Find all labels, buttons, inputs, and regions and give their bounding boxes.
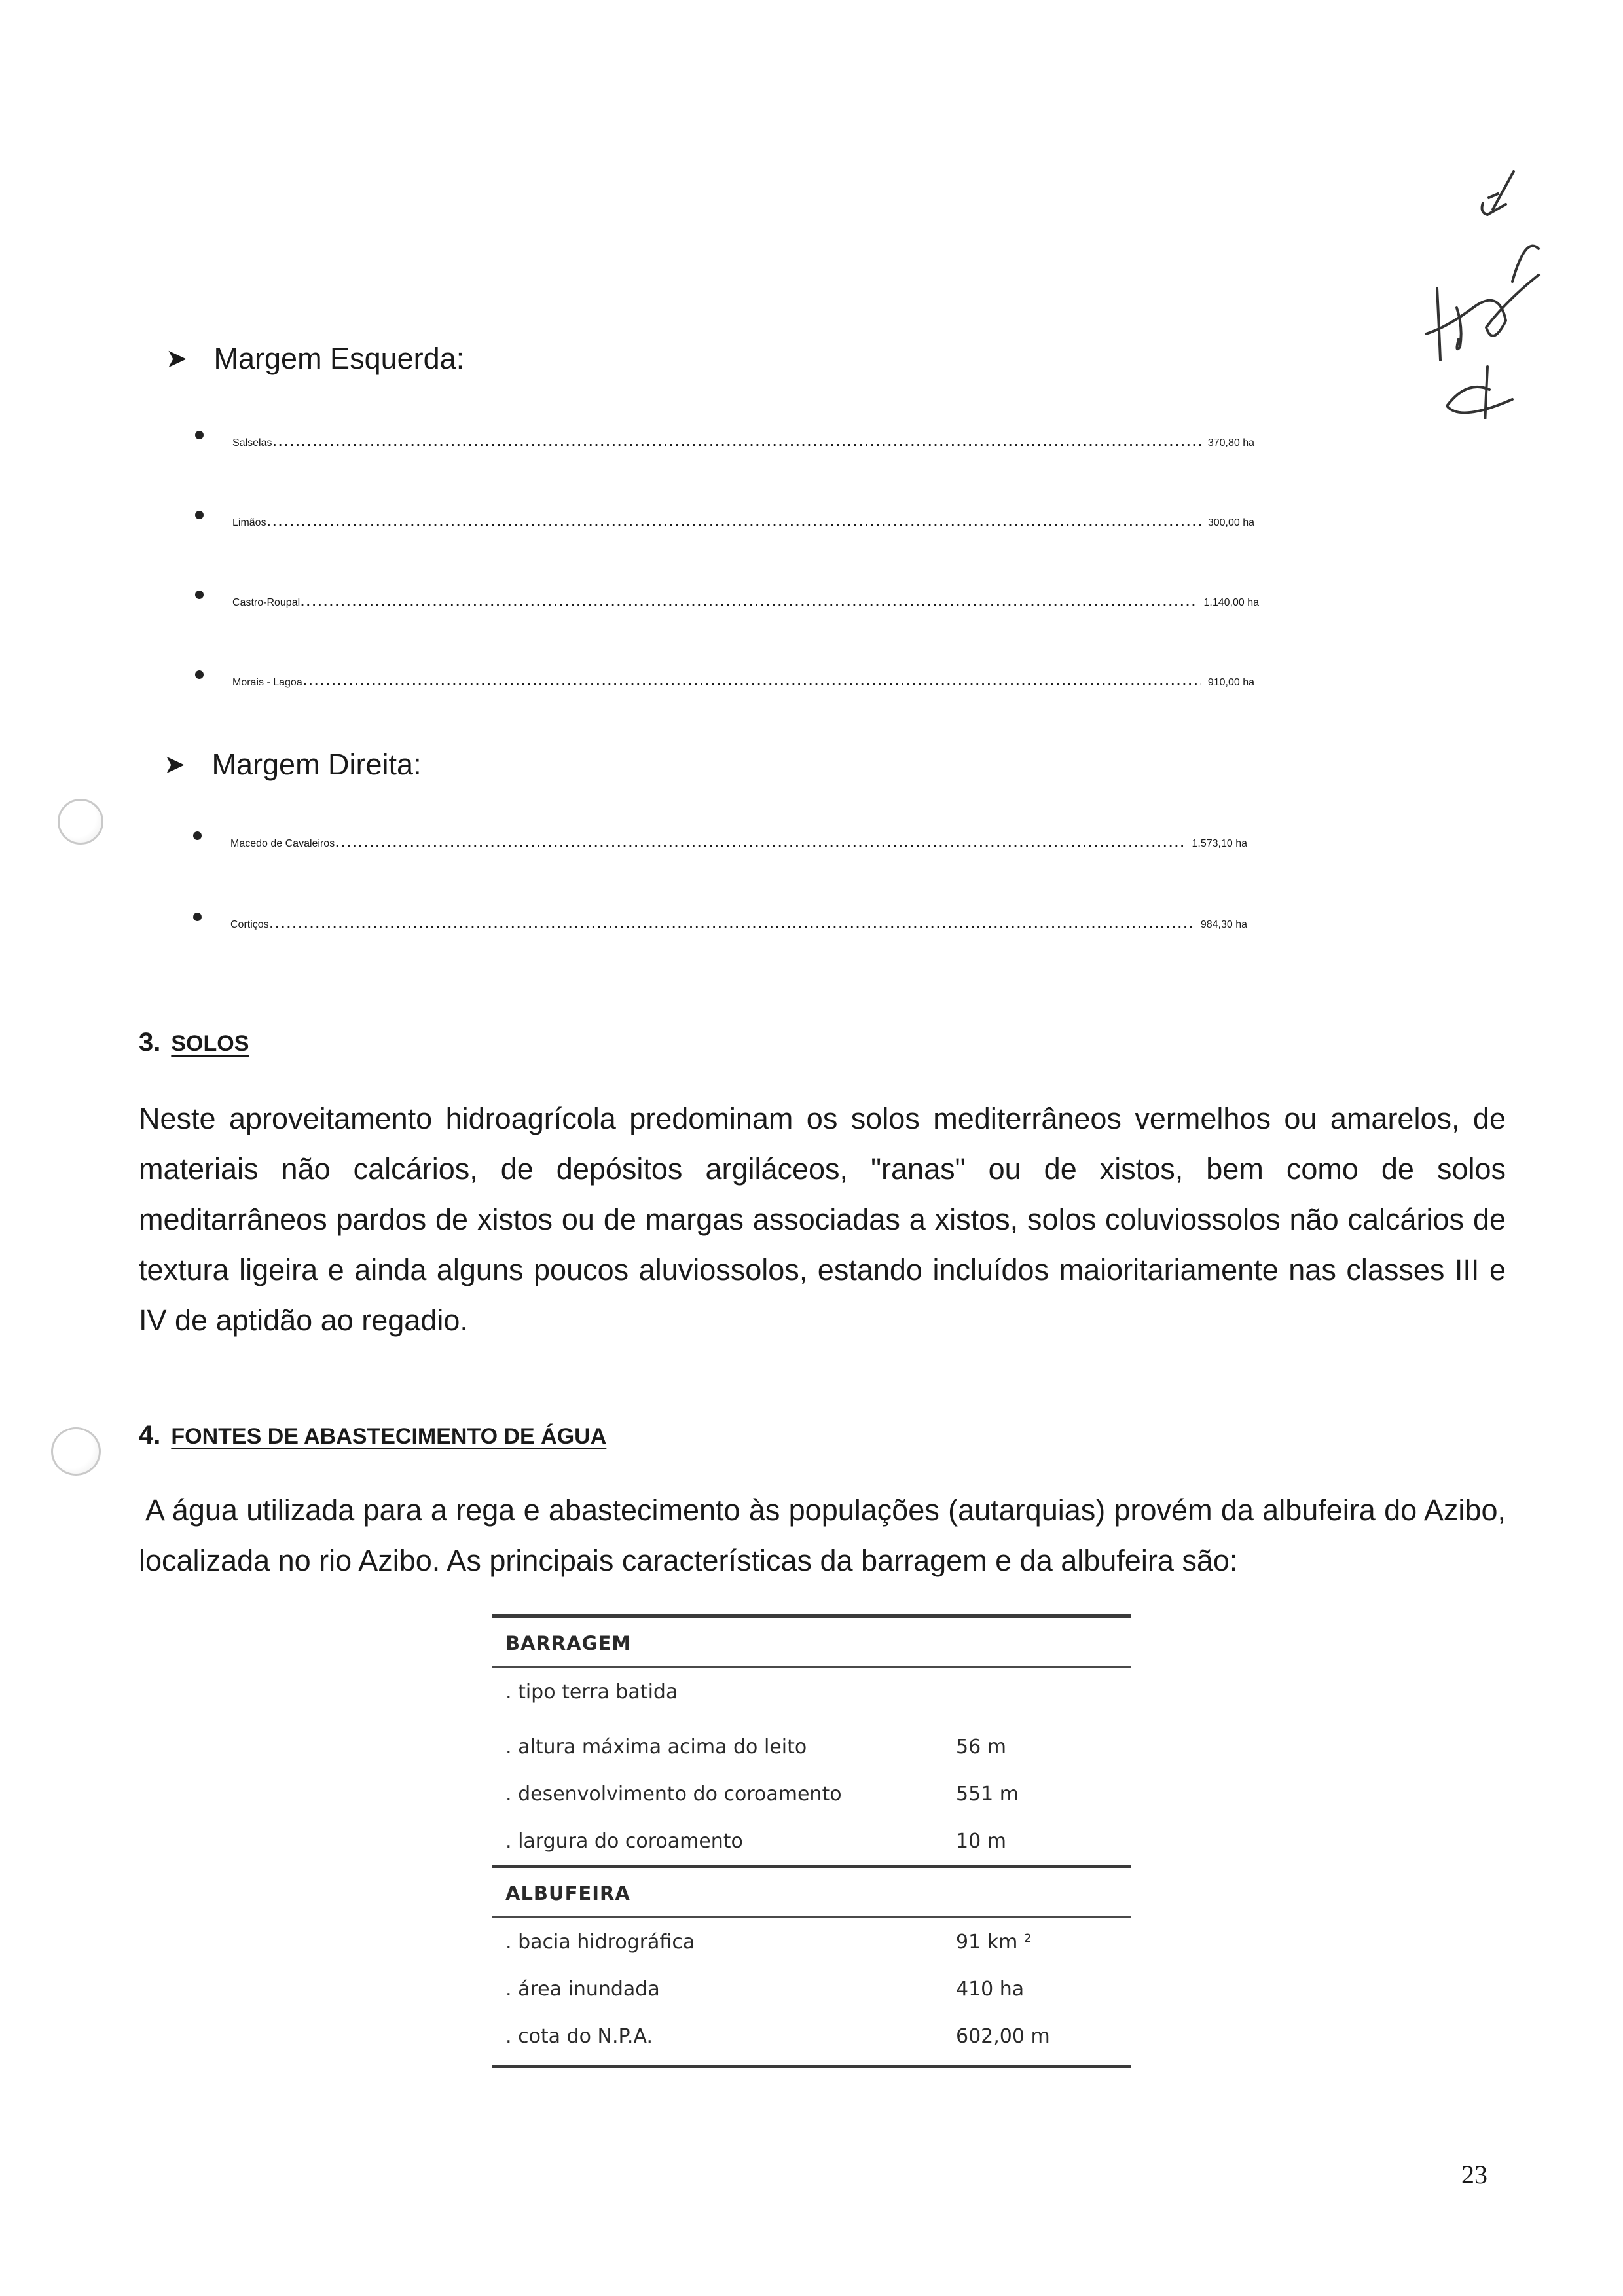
list-item: Limãos 300,00 ha [195,509,1254,530]
document-page: ➤ Margem Esquerda: Salselas 370,80 ha Li… [0,0,1623,2296]
margem-direita-heading: ➤ Margem Direita: [164,748,422,782]
margem-esquerda-heading: ➤ Margem Esquerda: [166,342,464,376]
list-item: Salselas 370,80 ha [195,429,1254,450]
list-item: Morais - Lagoa 910,00 ha [195,669,1254,690]
table-row: . área inundada 410 ha [492,1965,1131,2013]
leader-dots [335,830,1185,851]
leader-dots [272,429,1201,450]
leader-dots [302,669,1201,690]
arrow-bullet-icon: ➤ [166,344,188,374]
bullet-icon [195,511,204,519]
table-row: . altura máxima acima do leito 56 m [492,1723,1131,1770]
section-4-body: A água utilizada para a rega e abastecim… [139,1485,1506,1586]
bullet-icon [195,670,204,679]
punch-hole [58,799,103,845]
section-3-body: Neste aproveitamento hidroagrícola predo… [139,1093,1506,1345]
table-row: . largura do coroamento 10 m [492,1817,1131,1865]
section-3-heading: 3.SOLOS [139,1028,249,1057]
table-row: . cota do N.P.A. 602,00 m [492,2013,1131,2060]
leader-dots [300,589,1197,610]
leader-dots [266,509,1201,530]
dam-reservoir-table: BARRAGEM . tipo terra batida . altura má… [492,1614,1131,2068]
bullet-icon [195,431,204,439]
table-rule [492,2065,1131,2068]
arrow-bullet-icon: ➤ [164,750,186,780]
bullet-icon [193,831,202,840]
bullet-icon [193,913,202,921]
list-item: Macedo de Cavaleiros 1.573,10 ha [193,830,1247,851]
table-row: . desenvolvimento do coroamento 551 m [492,1770,1131,1817]
table-group-barragem: BARRAGEM [492,1618,1131,1666]
section-4-heading: 4.FONTES DE ABASTECIMENTO DE ÁGUA [139,1421,606,1450]
table-row: . bacia hidrográfica 91 km ² [492,1918,1131,1965]
handwritten-signature-icon [1349,131,1545,419]
list-item: Cortiços 984,30 ha [193,911,1247,932]
page-number: 23 [1461,2159,1487,2190]
list-item: Castro-Roupal 1.140,00 ha [195,589,1259,610]
bullet-icon [195,591,204,599]
punch-hole [51,1427,101,1476]
table-row: . tipo terra batida [492,1668,1131,1715]
leader-dots [269,911,1194,932]
table-group-albufeira: ALBUFEIRA [492,1868,1131,1916]
